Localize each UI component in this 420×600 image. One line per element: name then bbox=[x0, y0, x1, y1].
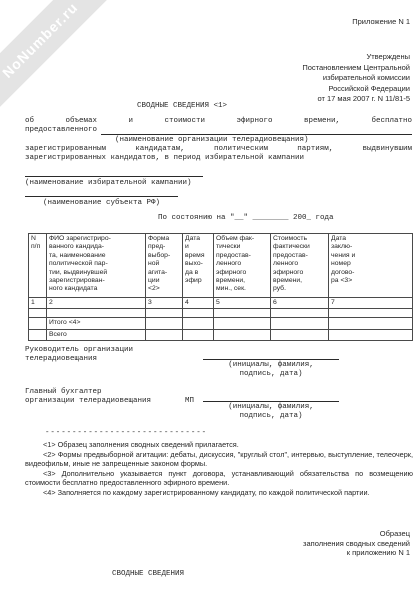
org-name-caption: (наименование организации телерадиовещан… bbox=[25, 136, 412, 145]
approval-line: Российской Федерации bbox=[302, 84, 410, 95]
footnote-2: <2> Формы предвыборной агитации: дебаты,… bbox=[25, 450, 413, 469]
col-header-airtime-volume: Объем фак- тически предостав- ленного эф… bbox=[214, 234, 271, 298]
accountant-title-line: организации телерадиовещания bbox=[25, 397, 225, 406]
signature-block-accountant: Главный бухгалтер организации телерадиов… bbox=[25, 388, 412, 406]
signature-caption-line: подпись, дата) bbox=[203, 412, 339, 421]
empty-cell bbox=[146, 329, 183, 340]
empty-cell bbox=[47, 309, 146, 318]
col-number: 5 bbox=[214, 297, 271, 308]
col-number: 1 bbox=[29, 297, 47, 308]
col-number: 2 bbox=[47, 297, 146, 308]
empty-cell bbox=[183, 309, 214, 318]
signature-caption: (инициалы, фамилия, подпись, дата) bbox=[203, 360, 339, 379]
approval-line: от 17 мая 2007 г. N 11/81-5 bbox=[302, 94, 410, 105]
table-header-row: N п/п ФИО зарегистриро- ванного кандида-… bbox=[29, 234, 413, 298]
signature-caption-line: (инициалы, фамилия, bbox=[203, 403, 339, 412]
empty-cell bbox=[214, 309, 271, 318]
intro-line-2: предоставленного bbox=[25, 126, 412, 135]
summary-table: N п/п ФИО зарегистриро- ванного кандида-… bbox=[28, 233, 413, 341]
col-number: 3 bbox=[146, 297, 183, 308]
col-header-airtime-cost: Стоимость фактически предостав- ленного … bbox=[271, 234, 329, 298]
empty-cell bbox=[183, 329, 214, 340]
campaign-name-blank: (наименование избирательной кампании) bbox=[25, 176, 203, 187]
grand-total-row: Всего bbox=[29, 329, 413, 340]
approval-block: Утверждены Постановлением Центральной из… bbox=[302, 52, 410, 105]
grand-total-label: Всего bbox=[47, 329, 146, 340]
region-name-blank: (наименование субъекта РФ) bbox=[25, 196, 178, 207]
seal-mark: МП bbox=[185, 397, 194, 406]
signature-line bbox=[203, 346, 339, 360]
watermark-text: NoNumber.ru bbox=[0, 0, 81, 81]
empty-cell bbox=[29, 329, 47, 340]
col-number: 4 bbox=[183, 297, 214, 308]
bottom-title: СВОДНЫЕ СВЕДЕНИЯ bbox=[112, 570, 184, 578]
signature-block-head: Руководитель организации телерадиовещани… bbox=[25, 346, 412, 364]
signature-caption-line: подпись, дата) bbox=[203, 370, 339, 379]
approval-line: Утверждены bbox=[302, 52, 410, 63]
signature-line bbox=[203, 388, 339, 402]
empty-cell bbox=[271, 309, 329, 318]
empty-cell bbox=[271, 329, 329, 340]
intro-line-1: об объемах и стоимости эфирного времени,… bbox=[25, 117, 412, 126]
document-page: NoNumber.ru Приложение N 1 Утверждены По… bbox=[0, 0, 420, 600]
col-header-num: N п/п bbox=[29, 234, 47, 298]
accountant-title: Главный бухгалтер организации телерадиов… bbox=[25, 388, 225, 406]
approval-line: избирательной комиссии bbox=[302, 73, 410, 84]
footnote-1: <1> Образец заполнения сводных сведений … bbox=[25, 440, 413, 450]
col-header-agitation-form: Форма пред- выбор- ной агита- ции <2> bbox=[146, 234, 183, 298]
empty-data-row bbox=[29, 309, 413, 318]
col-header-air-date: Дата и время выхо- да в эфир bbox=[183, 234, 214, 298]
empty-cell bbox=[29, 318, 47, 329]
head-title-line: Руководитель организации bbox=[25, 346, 225, 355]
watermark-banner: NoNumber.ru bbox=[0, 0, 110, 110]
document-title: СВОДНЫЕ СВЕДЕНИЯ <1> bbox=[137, 102, 227, 110]
signature-caption-line: (инициалы, фамилия, bbox=[203, 361, 339, 370]
intro-line-3: зарегистрированным кандидатам, политичес… bbox=[25, 145, 412, 154]
empty-cell bbox=[214, 329, 271, 340]
footnote-4: <4> Заполняется по каждому зарегистриров… bbox=[25, 488, 413, 498]
footnotes-block: <1> Образец заполнения сводных сведений … bbox=[25, 440, 413, 498]
head-title: Руководитель организации телерадиовещани… bbox=[25, 346, 225, 364]
accountant-title-line: Главный бухгалтер bbox=[25, 388, 225, 397]
intro-paragraph: об объемах и стоимости эфирного времени,… bbox=[25, 117, 412, 163]
intro-line-4: зарегистрированных кандидатов, в период … bbox=[25, 154, 412, 163]
empty-cell bbox=[329, 318, 413, 329]
column-number-row: 1 2 3 4 5 6 7 bbox=[29, 297, 413, 308]
empty-cell bbox=[146, 309, 183, 318]
appendix-label: Приложение N 1 bbox=[352, 17, 410, 26]
sample-note-line: заполнения сводных сведений bbox=[303, 539, 410, 549]
sample-note-line: Образец bbox=[303, 529, 410, 539]
empty-cell bbox=[183, 318, 214, 329]
empty-cell bbox=[214, 318, 271, 329]
empty-cell bbox=[29, 309, 47, 318]
sample-note-line: к приложению N 1 bbox=[303, 548, 410, 558]
subtotal-row: Итого <4> bbox=[29, 318, 413, 329]
org-name-blank-underline bbox=[101, 126, 412, 134]
col-number: 6 bbox=[271, 297, 329, 308]
subtotal-label: Итого <4> bbox=[47, 318, 146, 329]
empty-cell bbox=[329, 309, 413, 318]
head-signature-area: (инициалы, фамилия, подпись, дата) bbox=[203, 346, 339, 379]
signature-caption: (инициалы, фамилия, подпись, дата) bbox=[203, 402, 339, 421]
accountant-signature-area: (инициалы, фамилия, подпись, дата) bbox=[203, 388, 339, 421]
footnote-separator: ------------------------------ bbox=[45, 429, 207, 437]
col-header-candidate: ФИО зарегистриро- ванного кандида- та, н… bbox=[47, 234, 146, 298]
empty-cell bbox=[329, 329, 413, 340]
empty-cell bbox=[271, 318, 329, 329]
col-number: 7 bbox=[329, 297, 413, 308]
sample-note-block: Образец заполнения сводных сведений к пр… bbox=[303, 529, 410, 558]
approval-line: Постановлением Центральной bbox=[302, 63, 410, 74]
empty-cell bbox=[146, 318, 183, 329]
head-title-line: телерадиовещания bbox=[25, 355, 225, 364]
as-of-date-line: По состоянию на "__" ________ 200_ года bbox=[158, 214, 334, 222]
footnote-3: <3> Дополнительно указывается пункт дого… bbox=[25, 469, 413, 488]
intro-provided-label: предоставленного bbox=[25, 126, 97, 135]
col-header-contract: Дата заклю- чения и номер догово- ра <3> bbox=[329, 234, 413, 298]
